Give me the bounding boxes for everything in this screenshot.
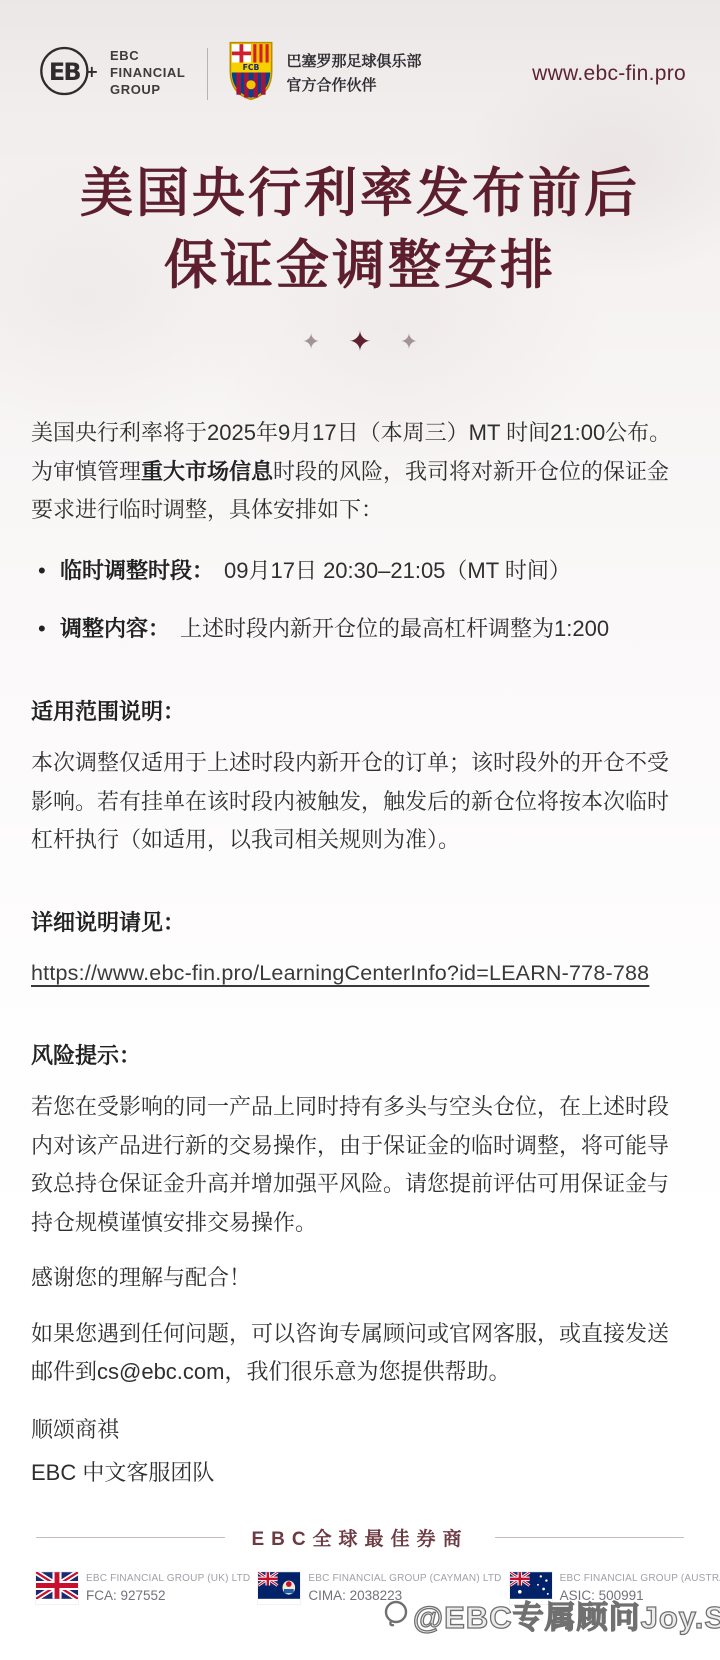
entity-name: EBC FINANCIAL GROUP (AUSTRALIA) PTY LTD <box>560 1572 720 1585</box>
sparkle-icon: ✦ <box>302 331 320 353</box>
thanks-paragraph: 感谢您的理解与配合！ <box>31 1259 690 1298</box>
tagline-line-right <box>495 1537 684 1538</box>
ebc-logo-icon: EB + <box>36 40 98 107</box>
tagline-line-left <box>36 1537 225 1538</box>
fcb-crest-icon: FCB <box>228 40 274 107</box>
uk-flag-icon <box>36 1572 78 1604</box>
ebc-monogram: EB <box>49 58 81 86</box>
entity-name: EBC FINANCIAL GROUP (CAYMAN) LTD <box>308 1572 501 1585</box>
contact-paragraph: 如果您遇到任何问题，可以咨询专属顾问或官网客服，或直接发送邮件到cs@ebc.c… <box>31 1315 690 1392</box>
tagline-text: EBC全球最佳券商 <box>251 1524 468 1551</box>
fcb-label: FCB <box>243 63 260 72</box>
ebc-logo-text: EBC FINANCIAL GROUP <box>110 48 185 99</box>
watermark-text: @EBC专属顾问Joy.S <box>413 1592 720 1637</box>
partner-line-1: 巴塞罗那足球俱乐部 <box>286 50 421 73</box>
details-heading: 详细说明请见： <box>31 904 690 943</box>
watermark-logo-icon <box>381 1595 411 1634</box>
entity-uk: EBC FINANCIAL GROUP (UK) LTD FCA: 927552 <box>36 1572 250 1605</box>
entity-name: EBC FINANCIAL GROUP (UK) LTD <box>86 1572 250 1585</box>
page-title: 美国央行利率发布前后 保证金调整安排 <box>0 158 720 301</box>
watermark: @EBC专属顾问Joy.S <box>381 1592 720 1637</box>
list-item-adjustment-content: 调整内容：上述时段内新开仓位的最高杠杆调整为1:200 <box>31 610 690 649</box>
header: EB + EBC FINANCIAL GROUP FCB <box>36 40 686 107</box>
bullet-label: 调整内容： <box>60 616 170 641</box>
closing-block: 顺颂商祺 EBC 中文客服团队 <box>31 1409 690 1495</box>
logo-line-1: EBC <box>110 48 185 65</box>
bullet-text: 上述时段内新开仓位的最高杠杆调整为1:200 <box>180 616 609 641</box>
notice-body: 美国央行利率将于2025年9月17日（本周三）MT 时间21:00公布。为审慎管… <box>31 414 690 1494</box>
title-line-2: 保证金调整安排 <box>0 230 720 302</box>
list-item-adjustment-window: 临时调整时段：09月17日 20:30–21:05（MT 时间） <box>31 552 690 591</box>
entity-text: EBC FINANCIAL GROUP (UK) LTD FCA: 927552 <box>86 1572 250 1605</box>
arrangement-list: 临时调整时段：09月17日 20:30–21:05（MT 时间） 调整内容：上述… <box>31 552 690 649</box>
intro-paragraph: 美国央行利率将于2025年9月17日（本周三）MT 时间21:00公布。为审慎管… <box>31 414 690 530</box>
learning-center-link[interactable]: https://www.ebc-fin.pro/LearningCenterIn… <box>31 961 649 985</box>
title-line-1: 美国央行利率发布前后 <box>0 158 720 230</box>
closing-regards: 顺颂商祺 <box>31 1409 690 1452</box>
bullet-text: 09月17日 20:30–21:05（MT 时间） <box>224 558 571 583</box>
intro-seg-bold: 重大市场信息 <box>141 459 273 484</box>
risk-heading: 风险提示： <box>31 1037 690 1076</box>
entity-license: FCA: 927552 <box>86 1587 250 1605</box>
scope-heading: 适用范围说明： <box>31 693 690 732</box>
scope-paragraph: 本次调整仅适用于上述时段内新开仓的订单；该时段外的开仓不受影响。若有挂单在该时段… <box>31 744 690 860</box>
notice-page: EB + EBC FINANCIAL GROUP FCB <box>0 0 720 1660</box>
logo-line-2: FINANCIAL <box>110 65 185 82</box>
logo-line-3: GROUP <box>110 82 185 99</box>
cayman-flag-icon <box>258 1572 300 1604</box>
header-divider <box>207 48 208 100</box>
closing-team: EBC 中文客服团队 <box>31 1452 690 1495</box>
tagline-row: EBC全球最佳券商 <box>36 1524 684 1551</box>
partner-line-2: 官方合作伙伴 <box>286 74 421 97</box>
risk-paragraph: 若您在受影响的同一产品上同时持有多头与空头仓位，在上述时段内对该产品进行新的交易… <box>31 1088 690 1242</box>
ebc-logo-plus: + <box>85 62 98 81</box>
partner-text: 巴塞罗那足球俱乐部 官方合作伙伴 <box>286 50 421 97</box>
website-url: www.ebc-fin.pro <box>532 62 686 86</box>
sparkle-icon: ✦ <box>400 331 418 353</box>
bullet-label: 临时调整时段： <box>60 558 214 583</box>
sparkle-divider: ✦ ✦ ✦ <box>0 328 720 356</box>
details-link-line: https://www.ebc-fin.pro/LearningCenterIn… <box>31 954 690 993</box>
sparkle-icon: ✦ <box>348 328 371 356</box>
